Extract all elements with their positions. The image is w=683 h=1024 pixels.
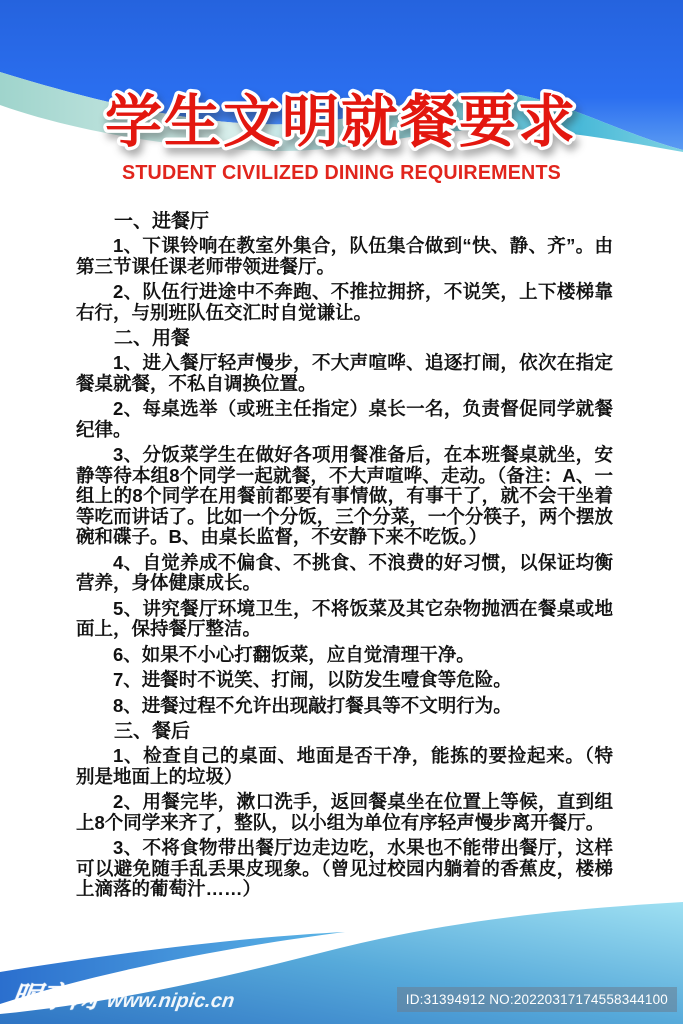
section-heading: 二、用餐 bbox=[76, 328, 613, 349]
rule-item: 5、讲究餐厅环境卫生，不将饭菜及其它杂物抛洒在餐桌或地面上，保持餐厅整洁。 bbox=[76, 599, 613, 640]
rule-item: 4、自觉养成不偏食、不挑食、不浪费的好习惯，以保证均衡营养，身体健康成长。 bbox=[76, 553, 613, 594]
rule-item: 7、进餐时不说笑、打闹，以防发生噎食等危险。 bbox=[76, 670, 613, 691]
section-enter-dining-hall: 一、进餐厅 1、下课铃响在教室外集合，队伍集合做到“快、静、齐”。由第三节课任课… bbox=[76, 211, 613, 323]
watermark: 昵享网 www.nipic.cn bbox=[9, 975, 238, 1016]
section-heading: 一、进餐厅 bbox=[76, 211, 613, 232]
poster: 学生文明就餐要求 STUDENT CIVILIZED DINING REQUIR… bbox=[0, 0, 683, 1024]
section-heading: 三、餐后 bbox=[76, 721, 613, 742]
watermark-site-url: www.nipic.cn bbox=[106, 990, 236, 1013]
image-id-badge: ID:31394912 NO:20220317174558344100 bbox=[397, 987, 677, 1012]
poster-subtitle: STUDENT CIVILIZED DINING REQUIREMENTS bbox=[14, 161, 670, 185]
rule-item: 2、队伍行进途中不奔跑、不推拉拥挤，不说笑，上下楼梯靠右行，与别班队伍交汇时自觉… bbox=[76, 282, 613, 323]
rule-item: 6、如果不小心打翻饭菜，应自觉清理干净。 bbox=[76, 645, 613, 666]
rule-item: 2、用餐完毕，漱口洗手，返回餐桌坐在位置上等候，直到组上8个同学来齐了，整队，以… bbox=[76, 792, 613, 833]
rule-item: 1、下课铃响在教室外集合，队伍集合做到“快、静、齐”。由第三节课任课老师带领进餐… bbox=[76, 236, 613, 277]
poster-title-graphic: 学生文明就餐要求 bbox=[0, 78, 683, 164]
page-title: 学生文明就餐要求 bbox=[105, 90, 577, 154]
rule-item: 2、每桌选举（或班主任指定）桌长一名，负责督促同学就餐纪律。 bbox=[76, 399, 613, 440]
rule-item: 1、检查自己的桌面、地面是否干净，能拣的要捡起来。（特别是地面上的垃圾） bbox=[76, 746, 613, 787]
section-after-meal: 三、餐后 1、检查自己的桌面、地面是否干净，能拣的要捡起来。（特别是地面上的垃圾… bbox=[76, 721, 613, 900]
rule-item: 8、进餐过程不允许出现敲打餐具等不文明行为。 bbox=[76, 696, 613, 717]
section-dining: 二、用餐 1、进入餐厅轻声慢步，不大声喧哗、追逐打闹，依次在指定餐桌就餐，不私自… bbox=[76, 328, 613, 716]
rule-item: 1、进入餐厅轻声慢步，不大声喧哗、追逐打闹，依次在指定餐桌就餐，不私自调换位置。 bbox=[76, 353, 613, 394]
rule-item: 3、分饭菜学生在做好各项用餐准备后，在本班餐桌就坐，安静等待本组8个同学一起就餐… bbox=[76, 445, 613, 548]
poster-body: 一、进餐厅 1、下课铃响在教室外集合，队伍集合做到“快、静、齐”。由第三节课任课… bbox=[76, 206, 613, 905]
rule-item: 3、不将食物带出餐厅边走边吃，水果也不能带出餐厅，这样可以避免随手乱丢果皮现象。… bbox=[76, 838, 613, 900]
watermark-site-name: 昵享网 bbox=[9, 975, 102, 1016]
